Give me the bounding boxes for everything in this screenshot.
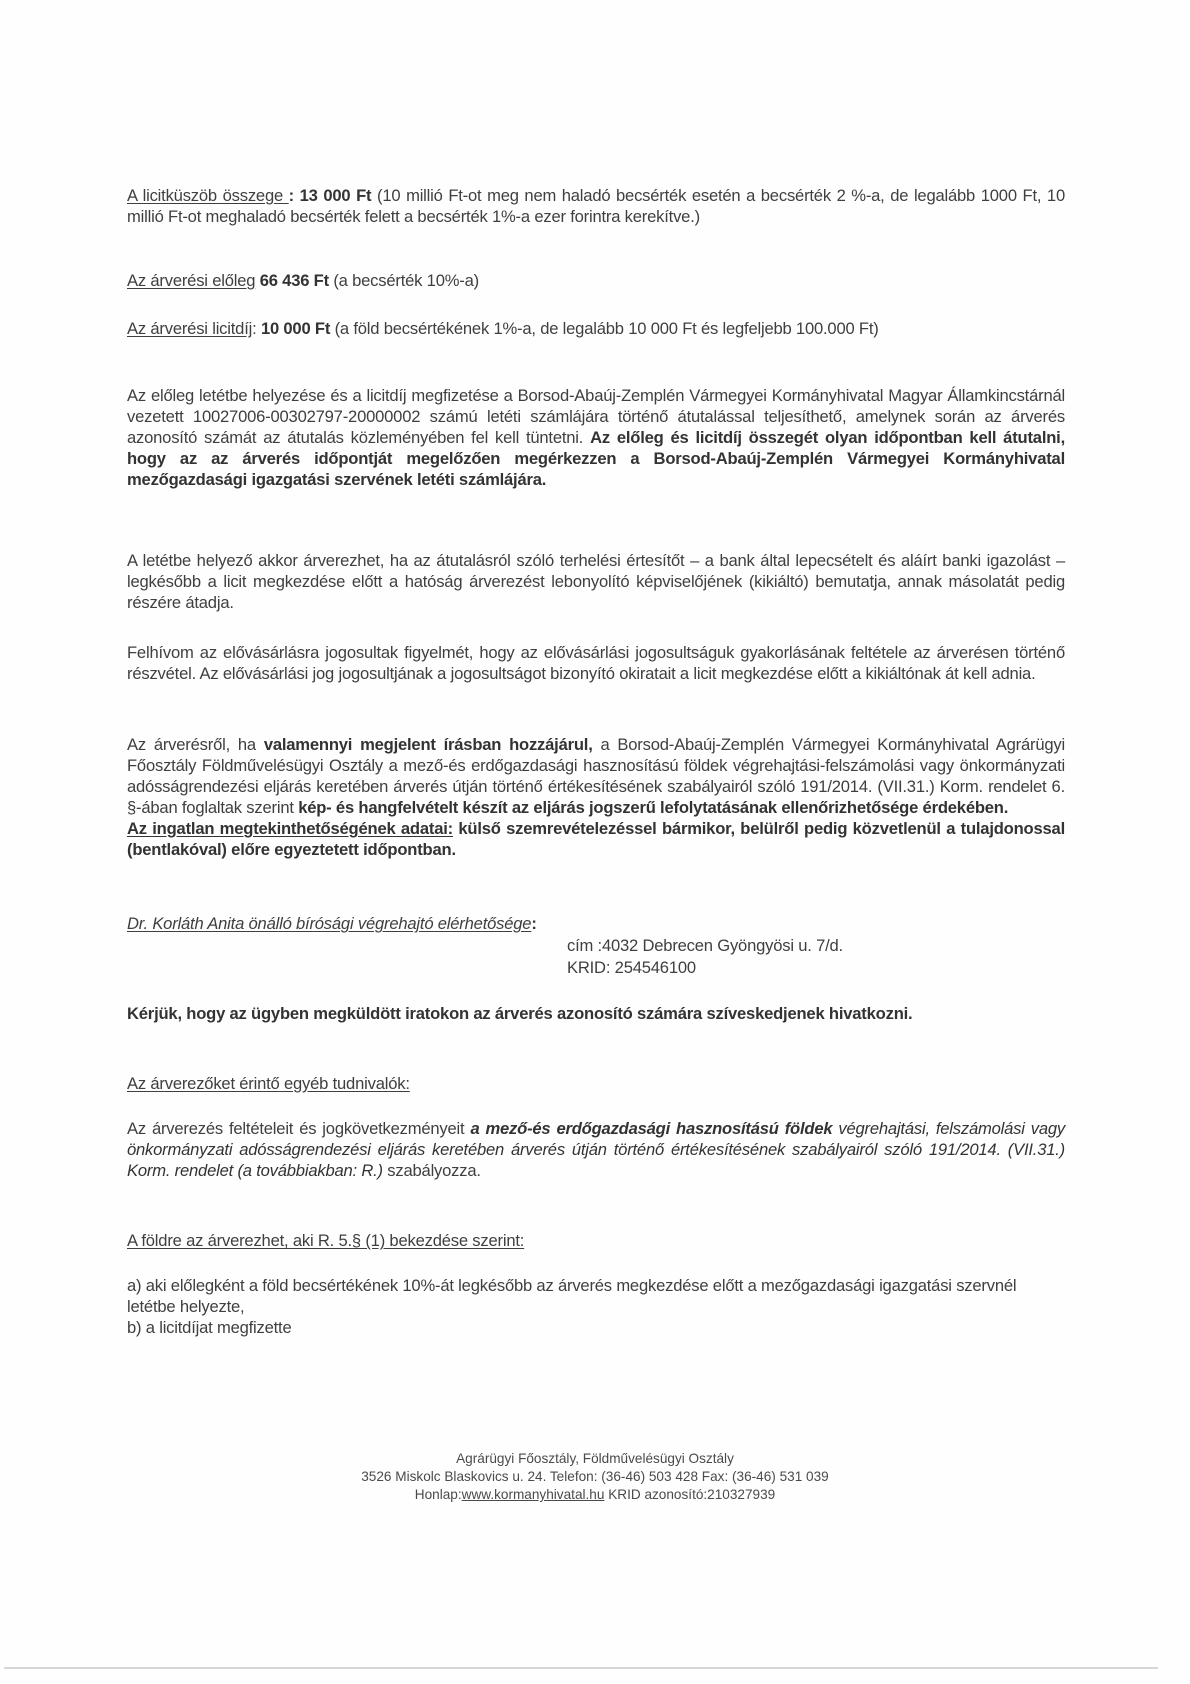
licitdij-colon: : [252, 319, 261, 338]
egyeb-heading-text: Az árverezőket érintő egyéb tudnivalók: [127, 1074, 410, 1093]
vegrehajto-heading: Dr. Korláth Anita önálló bírósági végreh… [127, 913, 1065, 934]
felvetel-bold2: kép- és hangfelvételt készít az eljárás … [298, 798, 1008, 817]
licitdij-amount: 10 000 Ft [261, 319, 330, 338]
foldre-item-b-text: b) a licitdíjat megfizette [127, 1318, 292, 1337]
footer-krid: KRID azonosító:210327939 [604, 1487, 775, 1502]
page-footer: Agrárügyi Főosztály, Földművelésügyi Osz… [0, 1450, 1190, 1504]
ingatlan-label: Az ingatlan megtekinthetőségének adatai: [127, 819, 453, 838]
vegrehajto-colon: : [531, 914, 536, 933]
licitkuszob-amount: 13 000 Ft [300, 186, 372, 205]
felvetel-paragraph: Az árverésről, ha valamennyi megjelent í… [127, 734, 1065, 860]
foldre-item-a-text: a) aki előlegként a föld becsértékének 1… [127, 1276, 1016, 1316]
foldre-item-a: a) aki előlegként a föld becsértékének 1… [127, 1275, 1047, 1317]
felvetel-text1: Az árverésről, ha [127, 735, 264, 754]
document-page: A licitküszöb összege : 13 000 Ft (10 mi… [0, 0, 1190, 1684]
licitkuszob-colon: : [289, 186, 300, 205]
eloleg-paragraph: Az árverési előleg 66 436 Ft (a becsérté… [127, 270, 1065, 291]
kerjuk-paragraph: Kérjük, hogy az ügyben megküldött iratok… [127, 1003, 1065, 1024]
egyeb-paragraph: Az árverezés feltételeit és jogkövetkezm… [127, 1118, 1065, 1181]
egyeb-tail: szabályozza. [383, 1161, 481, 1180]
footer-address: 3526 Miskolc Blaskovics u. 24. Telefon: … [0, 1468, 1190, 1486]
footer-department: Agrárügyi Főosztály, Földművelésügyi Osz… [0, 1450, 1190, 1468]
eloleg-amount: 66 436 Ft [255, 271, 329, 290]
letetbe-text: A letétbe helyező akkor árverezhet, ha a… [127, 551, 1065, 612]
elovasarlas-paragraph: Felhívom az elővásárlásra jogosultak fig… [127, 642, 1065, 684]
egyeb-text: Az árverezés feltételeit és jogkövetkezm… [127, 1119, 470, 1138]
licitdij-text: (a föld becsértékének 1%-a, de legalább … [330, 319, 878, 338]
licitkuszob-paragraph: A licitküszöb összege : 13 000 Ft (10 mi… [127, 185, 1065, 227]
foldre-heading: A földre az árverezhet, aki R. 5.§ (1) b… [127, 1230, 1065, 1251]
vegrehajto-krid-text: KRID: 254546100 [567, 958, 696, 977]
eloleg-label: Az árverési előleg [127, 271, 255, 290]
egyeb-bold-italic: a mező-és erdőgazdasági hasznosítású föl… [470, 1119, 832, 1138]
foldre-heading-text: A földre az árverezhet, aki R. 5.§ (1) b… [127, 1231, 524, 1250]
vegrehajto-address: cím :4032 Debrecen Gyöngyösi u. 7/d. [127, 935, 1190, 956]
elovasarlas-text: Felhívom az elővásárlásra jogosultak fig… [127, 643, 1065, 683]
foldre-item-b: b) a licitdíjat megfizette [127, 1317, 1065, 1338]
vegrehajto-label: Dr. Korláth Anita önálló bírósági végreh… [127, 914, 531, 933]
letetbe-paragraph: A letétbe helyező akkor árverezhet, ha a… [127, 550, 1065, 613]
felvetel-bold1: valamennyi megjelent írásban hozzájárul, [264, 735, 593, 754]
scan-edge-line [4, 1667, 1158, 1669]
licitdij-paragraph: Az árverési licitdíj: 10 000 Ft (a föld … [127, 318, 1065, 339]
kerjuk-text: Kérjük, hogy az ügyben megküldött iratok… [127, 1004, 912, 1023]
footer-web-prefix: Honlap: [415, 1487, 462, 1502]
eloleg-text: (a becsérték 10%-a) [329, 271, 479, 290]
vegrehajto-krid: KRID: 254546100 [127, 957, 1190, 978]
egyeb-heading: Az árverezőket érintő egyéb tudnivalók: [127, 1073, 1065, 1094]
vegrehajto-address-text: cím :4032 Debrecen Gyöngyösi u. 7/d. [567, 936, 843, 955]
licitkuszob-label: A licitküszöb összege [127, 186, 289, 205]
licitdij-label: Az árverési licitdíj [127, 319, 252, 338]
footer-web-line: Honlap:www.kormanyhivatal.hu KRID azonos… [0, 1486, 1190, 1504]
footer-website-link[interactable]: www.kormanyhivatal.hu [462, 1487, 605, 1502]
payment-paragraph: Az előleg letétbe helyezése és a licitdí… [127, 385, 1065, 490]
